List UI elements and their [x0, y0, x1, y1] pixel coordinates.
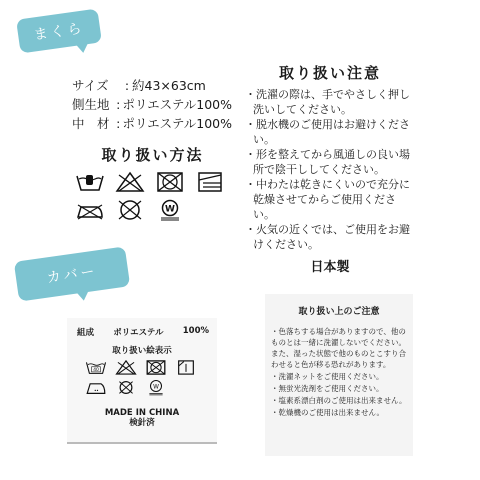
made-in: 日本製: [245, 260, 415, 275]
spec-value: 約43×63cm: [132, 76, 206, 95]
no-dry-clean-icon: [115, 199, 145, 221]
notice-item: ・形を整えてから風通しの良い場所で陰干ししてください。: [245, 147, 415, 177]
svg-text:40: 40: [93, 367, 99, 373]
spec-key: 側生地: [72, 95, 114, 114]
svg-text:W: W: [165, 205, 175, 215]
spec-row: 中 材:ポリエステル100%: [72, 114, 232, 133]
spec-value: ポリエステル100%: [122, 114, 232, 133]
notice-list: ・色落ちする場合がありますので、他のものとは一緒に洗濯しないでください。また、湿…: [265, 326, 413, 418]
notice-item: ・乾燥機のご使用は出来ません。: [271, 407, 409, 418]
notice-item: ・洗濯の際は、手でやさしく押し洗いしてください。: [245, 87, 415, 117]
pillow-badge: まくら: [16, 8, 102, 53]
spec-key: 中 材: [72, 114, 114, 133]
no-dry-clean-icon: [115, 379, 137, 396]
notice-item: ・塩素系漂白剤のご使用は出来ません。: [271, 395, 409, 406]
iron-low-icon: [85, 379, 107, 396]
wash-40-icon: 40: [85, 359, 107, 376]
care-heading: 取り扱い方法: [75, 144, 230, 165]
no-bleach-icon: [115, 359, 137, 376]
notice-item: ・色落ちする場合がありますので、他のものとは一緒に洗濯しないでください。また、湿…: [271, 326, 409, 370]
wet-clean-icon: W: [155, 199, 185, 221]
pillow-care: 取り扱い方法 W: [75, 144, 230, 221]
spec-sep: :: [122, 76, 132, 95]
notice-heading: 取り扱い注意: [245, 66, 415, 81]
no-iron-icon: [75, 199, 105, 221]
composition-percent: 100%: [183, 326, 209, 338]
care-icons-row1: 40: [67, 359, 217, 376]
composition-row: 組成 ポリエステル 100%: [67, 318, 217, 338]
hand-wash-icon: [75, 171, 105, 193]
care-icons-row2: W: [75, 199, 230, 221]
cover-badge: カバー: [14, 246, 130, 301]
composition-label: 組成: [77, 326, 94, 338]
care-icons-row2: W: [67, 379, 217, 396]
notice-heading: 取り扱い上のご注意: [265, 307, 413, 318]
line-dry-shade-icon: [195, 171, 225, 193]
pillow-notice: 取り扱い注意 ・洗濯の際は、手でやさしく押し洗いしてください。 ・脱水機のご使用…: [245, 66, 415, 275]
notice-item: ・脱水機のご使用はお避けください。: [245, 117, 415, 147]
wet-clean-icon: W: [145, 379, 167, 396]
svg-text:W: W: [153, 385, 159, 391]
composition-material: ポリエステル: [113, 326, 163, 338]
spec-sep: :: [114, 114, 122, 133]
drip-dry-icon: [175, 359, 197, 376]
notice-item: ・中わたは乾きにくいので充分に乾燥させてからご使用ください。: [245, 177, 415, 222]
cover-care-tag: 組成 ポリエステル 100% 取り扱い絵表示 40 W MADE IN CHIN…: [67, 318, 217, 444]
no-bleach-icon: [115, 171, 145, 193]
notice-item: ・無蛍光洗剤をご使用ください。: [271, 383, 409, 394]
cover-badge-label: カバー: [45, 261, 98, 288]
notice-item: ・洗濯ネットをご使用ください。: [271, 371, 409, 382]
cover-notice-tag: 取り扱い上のご注意 ・色落ちする場合がありますので、他のものとは一緒に洗濯しない…: [265, 294, 413, 456]
spec-value: ポリエステル100%: [122, 95, 232, 114]
no-tumble-dry-icon: [145, 359, 167, 376]
inspected-label: 検針済: [67, 418, 217, 428]
spec-row: 側生地:ポリエステル100%: [72, 95, 232, 114]
pillow-spec: サイズ:約43×63cm 側生地:ポリエステル100% 中 材:ポリエステル10…: [72, 76, 232, 133]
made-in: MADE IN CHINA: [67, 408, 217, 418]
no-tumble-dry-icon: [155, 171, 185, 193]
spec-sep: :: [114, 95, 122, 114]
care-icons-row1: [75, 171, 230, 193]
care-heading: 取り扱い絵表示: [67, 344, 217, 356]
spec-key: サイズ: [72, 76, 122, 95]
pillow-badge-label: まくら: [32, 18, 85, 45]
tag-footer: MADE IN CHINA 検針済: [67, 408, 217, 428]
notice-list: ・洗濯の際は、手でやさしく押し洗いしてください。 ・脱水機のご使用はお避けくださ…: [245, 87, 415, 252]
spec-row: サイズ:約43×63cm: [72, 76, 232, 95]
notice-item: ・火気の近くでは、ご使用をお避けください。: [245, 222, 415, 252]
